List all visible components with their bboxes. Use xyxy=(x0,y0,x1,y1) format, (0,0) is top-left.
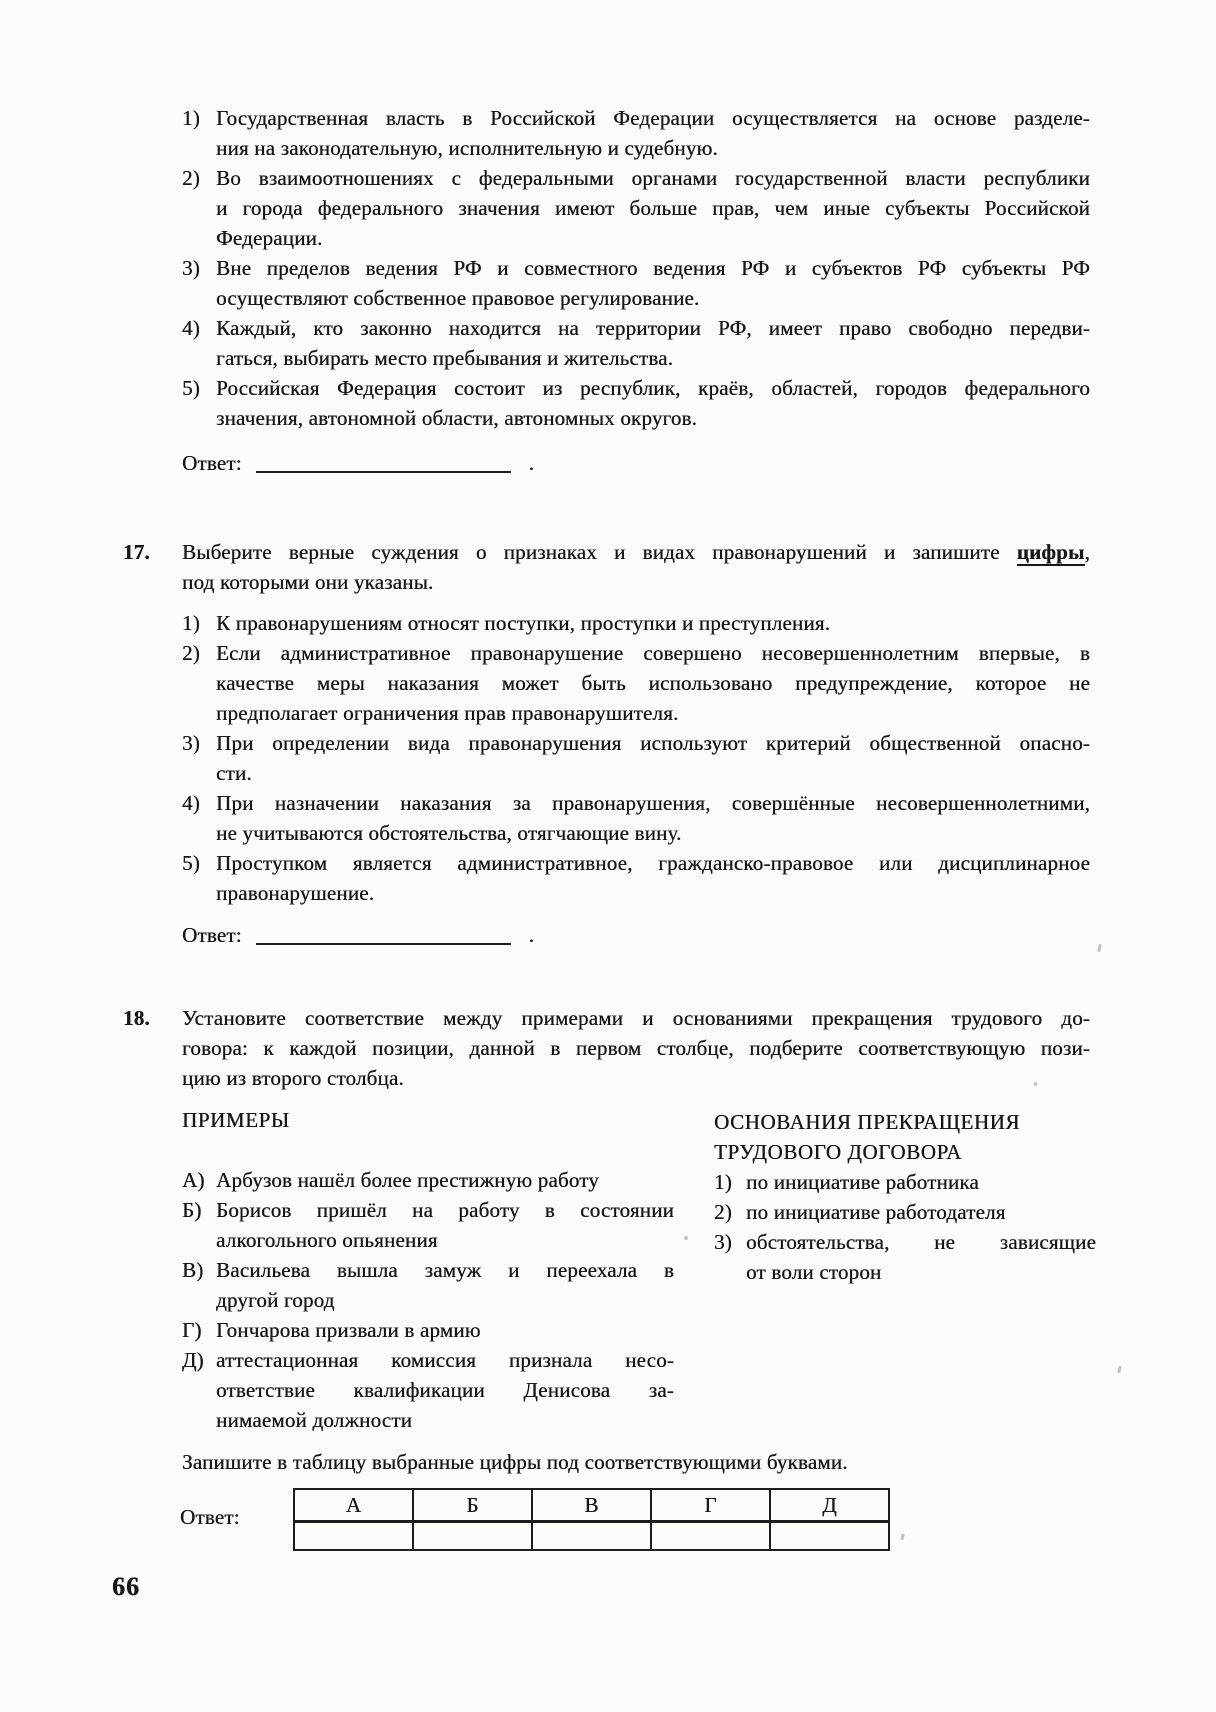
question-16-options: 1) Государственная власть в Российской Ф… xyxy=(182,103,1090,433)
text-line: К правонарушениям относят поступки, прос… xyxy=(216,608,1090,638)
option-marker: 2) xyxy=(182,638,200,668)
text-line: качестве меры наказания может быть испол… xyxy=(216,668,1090,698)
q18-grounds-column: ОСНОВАНИЯ ПРЕКРАЩЕНИЯ ТРУДОВОГО ДОГОВОРА… xyxy=(714,1107,1096,1287)
item-marker: Г) xyxy=(182,1315,202,1345)
item-marker: 2) xyxy=(714,1197,732,1227)
option-marker: 3) xyxy=(182,728,200,758)
option-item: 2) Если административное правонарушение … xyxy=(182,638,1090,728)
option-item: 4) Каждый, кто законно находится на терр… xyxy=(182,313,1090,373)
text-line: Выберите верные суждения о признаках и в… xyxy=(182,537,1090,567)
text-line: Арбузов нашёл более престижную работу xyxy=(216,1165,674,1195)
text-line: Вне пределов ведения РФ и совместного ве… xyxy=(216,253,1090,283)
answer-table-header-cell: А xyxy=(294,1489,413,1522)
text-line: не учитываются обстоятельства, отягчающи… xyxy=(216,818,1090,848)
answer-period: . xyxy=(529,451,534,475)
option-marker: 4) xyxy=(182,313,200,343)
answer-table-header-row: А Б В Г Д xyxy=(294,1489,889,1522)
text-line: Российская Федерация состоит из республи… xyxy=(216,373,1090,403)
question-17-options: 1) К правонарушениям относят поступки, п… xyxy=(182,608,1090,908)
text-line: При определении вида правонарушения испо… xyxy=(216,728,1090,758)
match-item: 2) по инициативе работодателя xyxy=(714,1197,1096,1227)
text-line: по инициативе работодателя xyxy=(746,1197,1096,1227)
match-item: Г) Гончарова призвали в армию xyxy=(182,1315,674,1345)
answer-table-value-cell[interactable] xyxy=(651,1522,770,1551)
answer-table: А Б В Г Д xyxy=(293,1488,890,1551)
intro-text: , xyxy=(1085,540,1090,564)
option-item: 5) Проступком является административное,… xyxy=(182,848,1090,908)
text-line: Борисов пришёл на работу в состоянии xyxy=(216,1195,674,1225)
answer-label: Ответ: xyxy=(182,923,242,947)
option-item: 4) При назначении наказания за правонару… xyxy=(182,788,1090,848)
text-line: правонарушение. xyxy=(216,878,1090,908)
item-marker: Д) xyxy=(182,1345,204,1375)
item-marker: Б) xyxy=(182,1195,201,1225)
option-item: 2) Во взаимоотношениях с федеральными ор… xyxy=(182,163,1090,253)
option-item: 1) К правонарушениям относят поступки, п… xyxy=(182,608,1090,638)
q16-answer-row: Ответ:. xyxy=(182,448,534,478)
text-line: предполагает ограничения прав правонаруш… xyxy=(216,698,1090,728)
option-item: 5) Российская Федерация состоит из респу… xyxy=(182,373,1090,433)
text-line: по инициативе работника xyxy=(746,1167,1096,1197)
page-number: 66 xyxy=(112,1572,140,1602)
answer-period: . xyxy=(529,923,534,947)
column-header: ОСНОВАНИЯ ПРЕКРАЩЕНИЯ xyxy=(714,1107,1096,1137)
answer-table-value-cell[interactable] xyxy=(294,1522,413,1551)
option-marker: 3) xyxy=(182,253,200,283)
match-item: 3) обстоятельства, не зависящие от воли … xyxy=(714,1227,1096,1287)
match-item: Б) Борисов пришёл на работу в состоянии … xyxy=(182,1195,674,1255)
text-line: цию из второго столбца. xyxy=(182,1063,1090,1093)
text-line: и города федерального значения имеют бол… xyxy=(216,193,1090,223)
q18-instruction: Запишите в таблицу выбранные цифры под с… xyxy=(182,1447,1090,1477)
match-item: В) Васильева вышла замуж и переехала в д… xyxy=(182,1255,674,1315)
option-marker: 1) xyxy=(182,608,200,638)
scan-artifact xyxy=(1117,1366,1121,1373)
answer-table-header-cell: Б xyxy=(413,1489,532,1522)
text-line: алкогольного опьянения xyxy=(216,1225,674,1255)
match-item: 1) по инициативе работника xyxy=(714,1167,1096,1197)
text-line: от воли сторон xyxy=(746,1257,1096,1287)
answer-table-value-cell[interactable] xyxy=(413,1522,532,1551)
option-marker: 5) xyxy=(182,373,200,403)
text-line: Если административное правонарушение сов… xyxy=(216,638,1090,668)
item-marker: 1) xyxy=(714,1167,732,1197)
scan-artifact xyxy=(1034,1082,1037,1086)
answer-table-header-cell: Г xyxy=(651,1489,770,1522)
q18-answer-label: Ответ: xyxy=(180,1502,240,1532)
text-line: нимаемой должности xyxy=(216,1405,674,1435)
text-line: Васильева вышла замуж и переехала в xyxy=(216,1255,674,1285)
question-18-header: 18. Установите соответствие между пример… xyxy=(182,1003,1090,1093)
text-line: говора: к каждой позиции, данной в перво… xyxy=(182,1033,1090,1063)
match-item: Д) аттестационная комиссия признала несо… xyxy=(182,1345,674,1435)
scan-artifact xyxy=(900,1534,904,1540)
answer-label: Ответ: xyxy=(182,451,242,475)
answer-blank-line[interactable] xyxy=(256,455,511,473)
item-marker: А) xyxy=(182,1165,205,1195)
question-number: 17. xyxy=(123,537,150,567)
text-line: другой город xyxy=(216,1285,674,1315)
text-line: значения, автономной области, автономных… xyxy=(216,403,1090,433)
text-line: ния на законодательную, исполнительную и… xyxy=(216,133,1090,163)
column-header: ПРИМЕРЫ xyxy=(182,1105,674,1135)
answer-table-value-cell[interactable] xyxy=(770,1522,889,1551)
option-item: 3) При определении вида правонарушения и… xyxy=(182,728,1090,788)
text-line: При назначении наказания за правонарушен… xyxy=(216,788,1090,818)
answer-blank-line[interactable] xyxy=(256,927,511,945)
text-line: аттестационная комиссия признала несо- xyxy=(216,1345,674,1375)
answer-table-header-cell: Д xyxy=(770,1489,889,1522)
text-line: гаться, выбирать место пребывания и жите… xyxy=(216,343,1090,373)
q18-examples-column: ПРИМЕРЫ А) Арбузов нашёл более престижну… xyxy=(182,1105,674,1435)
option-marker: 4) xyxy=(182,788,200,818)
answer-table-value-row xyxy=(294,1522,889,1551)
item-marker: 3) xyxy=(714,1227,732,1257)
underlined-term: цифры xyxy=(1017,540,1085,566)
workbook-page: 1) Государственная власть в Российской Ф… xyxy=(0,0,1216,1712)
question-17-header: 17. Выберите верные суждения о признаках… xyxy=(182,537,1090,597)
option-marker: 2) xyxy=(182,163,200,193)
q17-answer-row: Ответ:. xyxy=(182,920,534,950)
question-number: 18. xyxy=(123,1003,150,1033)
intro-text: Выберите верные суждения о признаках и в… xyxy=(182,540,1017,564)
text-line: обстоятельства, не зависящие xyxy=(746,1227,1096,1257)
option-marker: 1) xyxy=(182,103,200,133)
answer-table-header-cell: В xyxy=(532,1489,651,1522)
text-line: Во взаимоотношениях с федеральными орган… xyxy=(216,163,1090,193)
option-item: 1) Государственная власть в Российской Ф… xyxy=(182,103,1090,163)
scan-artifact xyxy=(1097,944,1102,952)
text-line: Государственная власть в Российской Феде… xyxy=(216,103,1090,133)
text-line: Каждый, кто законно находится на террито… xyxy=(216,313,1090,343)
match-item: А) Арбузов нашёл более престижную работу xyxy=(182,1165,674,1195)
option-item: 3) Вне пределов ведения РФ и совместного… xyxy=(182,253,1090,313)
option-marker: 5) xyxy=(182,848,200,878)
text-line: сти. xyxy=(216,758,1090,788)
answer-table-value-cell[interactable] xyxy=(532,1522,651,1551)
item-marker: В) xyxy=(182,1255,203,1285)
text-line: Федерации. xyxy=(216,223,1090,253)
text-line: под которыми они указаны. xyxy=(182,567,1090,597)
text-line: Гончарова призвали в армию xyxy=(216,1315,674,1345)
text-line: Установите соответствие между примерами … xyxy=(182,1003,1090,1033)
column-header: ТРУДОВОГО ДОГОВОРА xyxy=(714,1137,1096,1167)
text-line: осуществляют собственное правовое регули… xyxy=(216,283,1090,313)
text-line: ответствие квалификации Денисова за- xyxy=(216,1375,674,1405)
text-line: Проступком является административное, гр… xyxy=(216,848,1090,878)
scan-artifact xyxy=(684,1236,688,1240)
